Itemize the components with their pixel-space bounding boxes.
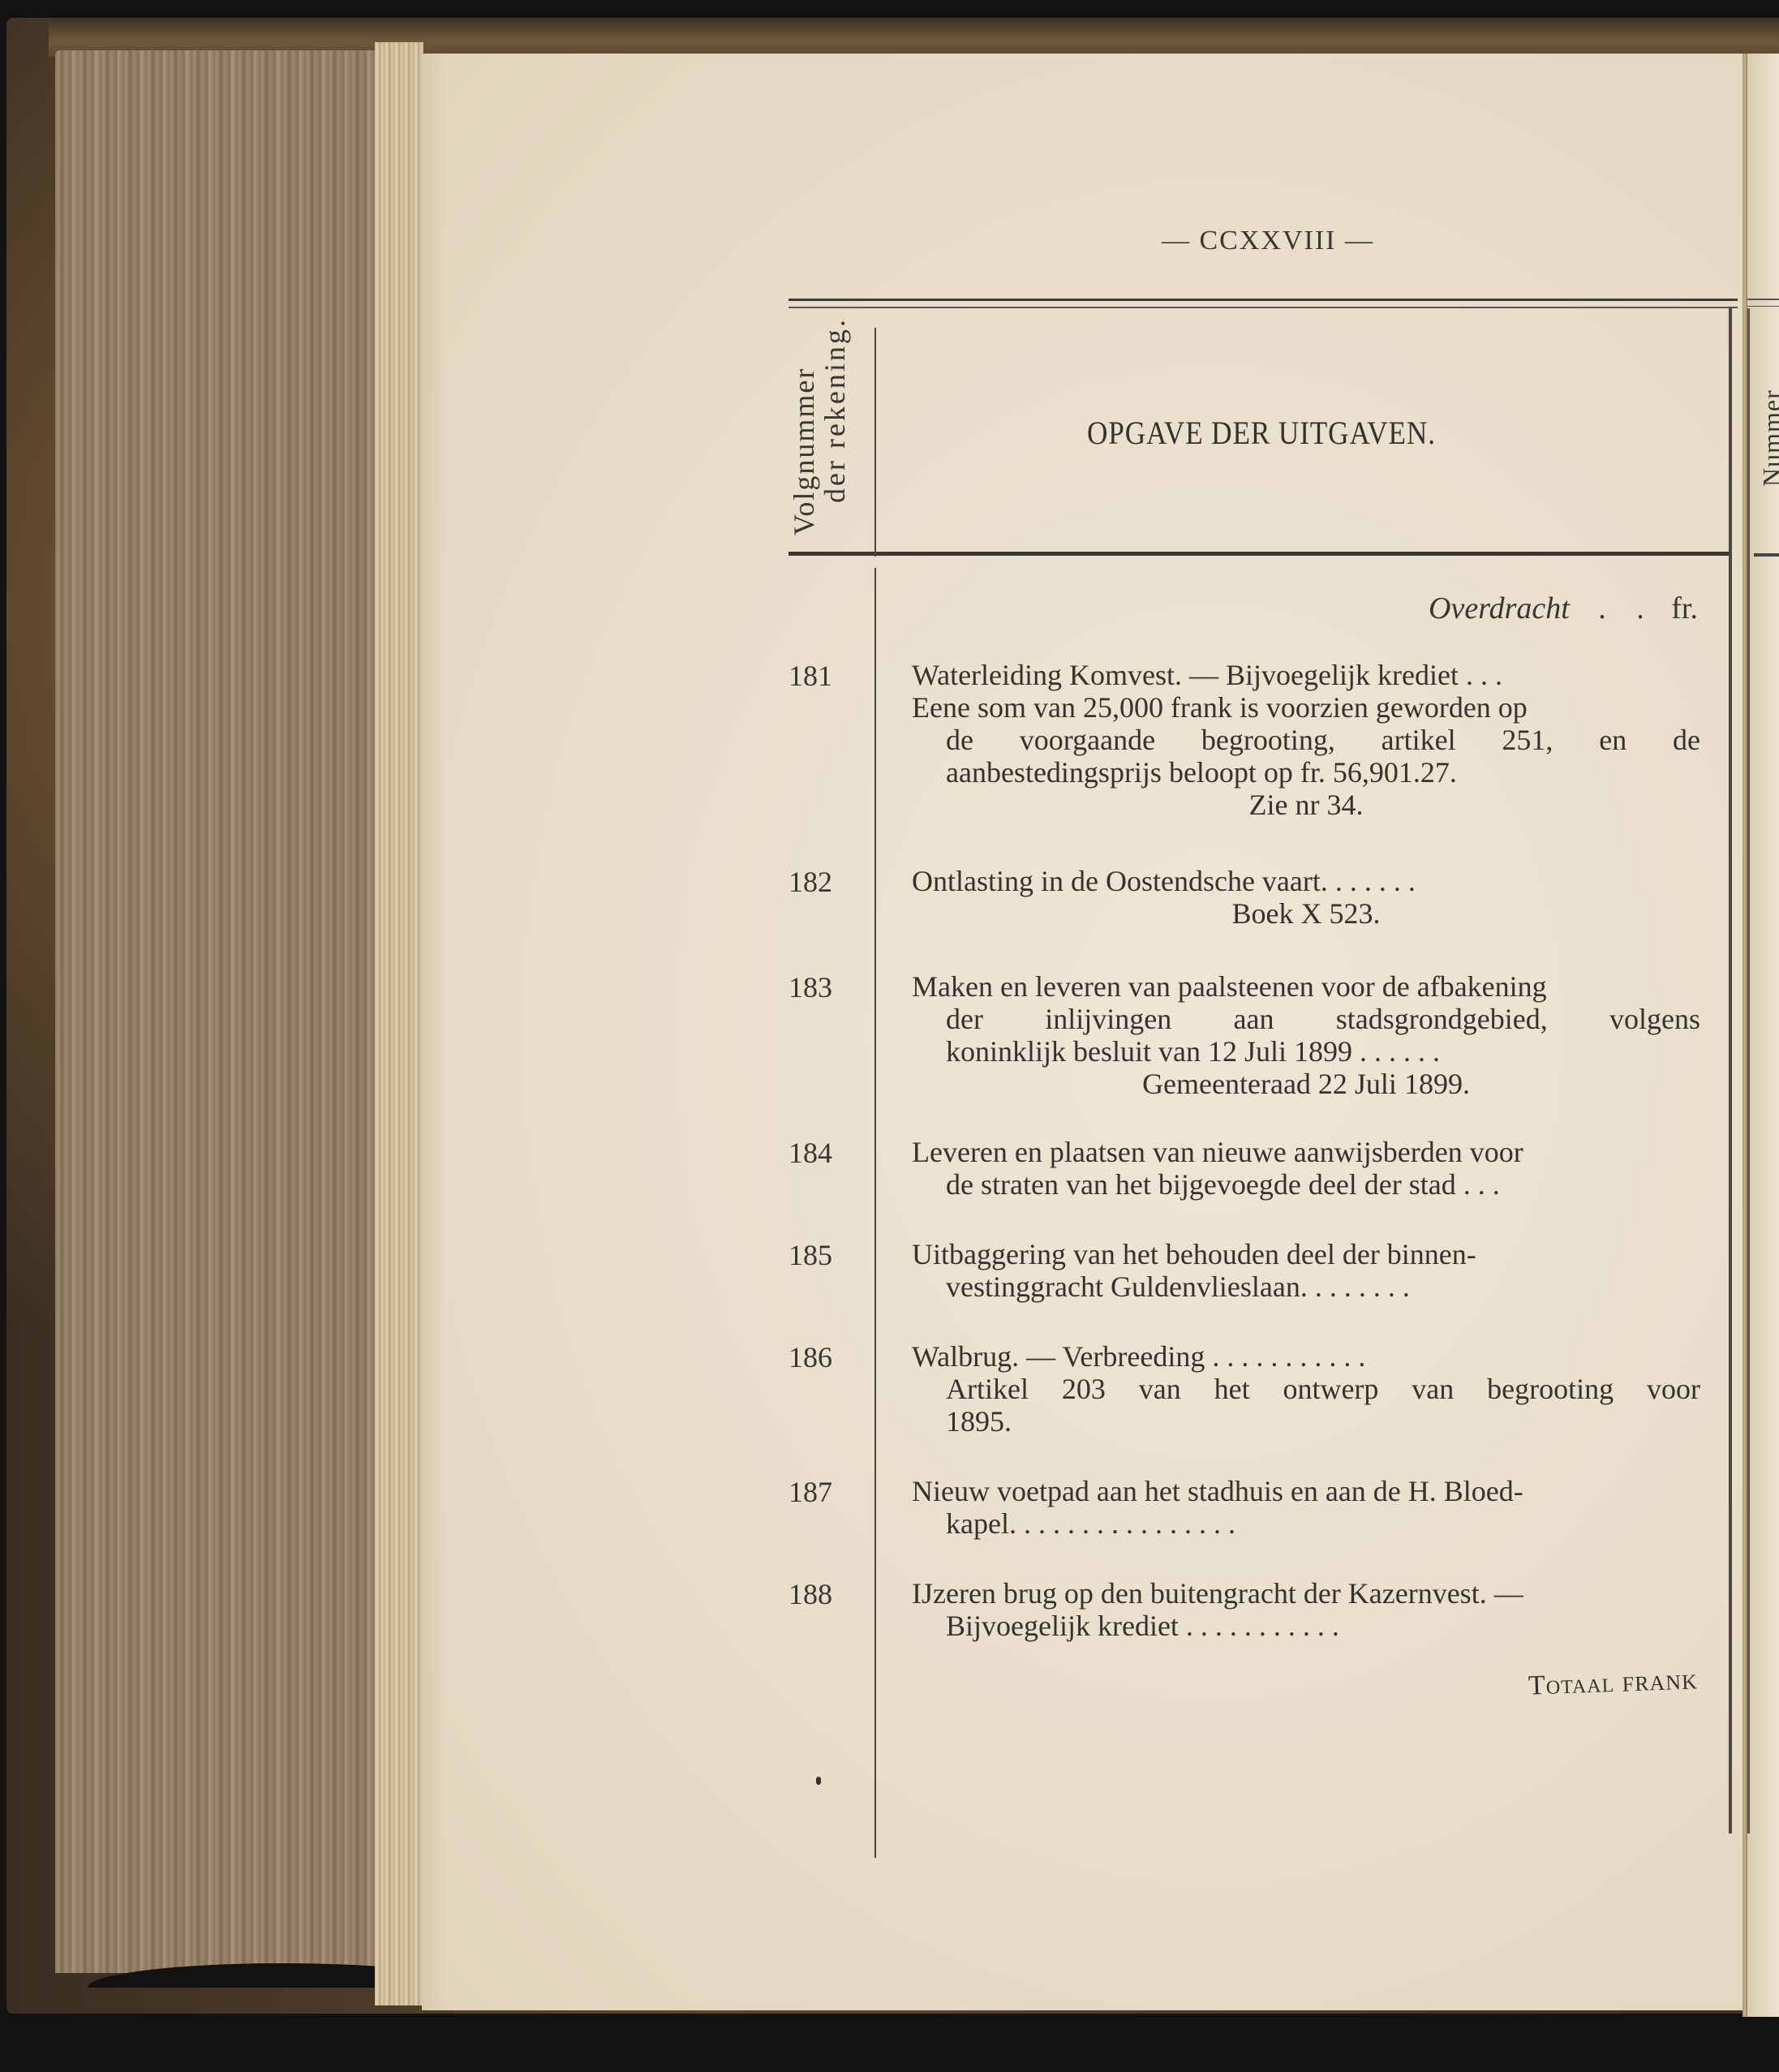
entry-note: Zie nr 34. [912, 789, 1700, 821]
entry-number: 185 [789, 1238, 853, 1272]
facing-page-header-fragment: Nummer [1757, 389, 1779, 487]
entry-line: Ontlasting in de Oostendsche vaart. . . … [912, 865, 1700, 897]
entry-number: 187 [789, 1475, 853, 1509]
entry-line: der inlijvingen aan stadsgrondgebied, vo… [912, 1003, 1700, 1035]
entry-row-183: Maken en leveren van paalsteenen voor de… [912, 970, 1700, 1100]
totaal-row: Totaal frank [1528, 1665, 1699, 1701]
entry-row-181: Waterleiding Komvest. — Bijvoegelijk kre… [912, 659, 1700, 821]
overdracht-row: Overdracht . . fr. [1429, 591, 1698, 626]
facing-page-sliver [1747, 54, 1779, 2017]
entry-row-185: Uitbaggering van het behouden deel der b… [912, 1238, 1700, 1303]
table-right-rule-outer [1747, 308, 1750, 1833]
header-column-divider [874, 328, 876, 557]
entry-line: koninklijk besluit van 12 Juli 1899 . . … [912, 1035, 1700, 1068]
column-header-opgave: OPGAVE DER UITGAVEN. [1087, 414, 1436, 452]
header-bottom-rule [789, 552, 1730, 556]
entry-number: 186 [789, 1340, 853, 1374]
entry-line: Leveren en plaatsen van nieuwe aanwijsbe… [912, 1136, 1700, 1168]
body-column-divider [874, 568, 876, 1858]
entry-line: Nieuw voetpad aan het stadhuis en aan de… [912, 1475, 1700, 1507]
entry-number: 182 [789, 865, 853, 899]
entry-note: Gemeenteraad 22 Juli 1899. [912, 1068, 1700, 1100]
entry-row-186: Walbrug. — Verbreeding . . . . . . . . .… [912, 1340, 1700, 1438]
entry-row-184: Leveren en plaatsen van nieuwe aanwijsbe… [912, 1136, 1700, 1201]
overdracht-label: Overdracht [1429, 591, 1570, 625]
entry-line: aanbestedingsprijs beloopt op fr. 56,901… [912, 756, 1700, 789]
totaal-unit: frank [1622, 1670, 1698, 1696]
entry-line: Maken en leveren van paalsteenen voor de… [912, 970, 1700, 1003]
ink-speck [816, 1777, 821, 1785]
entry-line: kapel. . . . . . . . . . . . . . . . [912, 1507, 1700, 1540]
entry-line: 1895. [912, 1405, 1700, 1438]
entry-line: IJzeren brug op den buitengracht der Kaz… [912, 1577, 1700, 1610]
entry-line: Eene som van 25,000 frank is voorzien ge… [912, 691, 1700, 724]
entry-line: Walbrug. — Verbreeding . . . . . . . . .… [912, 1340, 1700, 1373]
entry-line: Bijvoegelijk krediet . . . . . . . . . .… [912, 1610, 1700, 1642]
entry-row-187: Nieuw voetpad aan het stadhuis en aan de… [912, 1475, 1700, 1540]
entry-line: Waterleiding Komvest. — Bijvoegelijk kre… [912, 659, 1700, 691]
entry-number: 184 [789, 1136, 853, 1170]
column-header-volgnummer: Volgnummer der rekening. [789, 317, 850, 535]
entry-number: 181 [789, 659, 853, 693]
entry-line: Artikel 203 van het ontwerp van begrooti… [912, 1373, 1700, 1405]
entry-line: Uitbaggering van het behouden deel der b… [912, 1238, 1700, 1270]
table-right-rule [1729, 308, 1732, 1833]
table-top-rule [789, 299, 1738, 301]
entry-number: 183 [789, 970, 853, 1004]
overdracht-unit: fr. [1671, 591, 1698, 625]
totaal-label: Totaal [1528, 1668, 1615, 1701]
page-stack-edges [55, 50, 380, 1973]
entry-line: de voorgaande begrooting, artikel 251, e… [912, 724, 1700, 756]
column-header-line-1: Volgnummer [789, 317, 819, 535]
column-header-line-2: der rekening. [819, 317, 850, 535]
facing-page-rule [1747, 299, 1779, 300]
entry-line: vestinggracht Guldenvlieslaan. . . . . .… [912, 1270, 1700, 1303]
page-number: — CCXXVIII — [1162, 226, 1374, 256]
table-top-rule-thin [789, 307, 1738, 308]
facing-page-rule [1747, 306, 1779, 307]
entry-row-188: IJzeren brug op den buitengracht der Kaz… [912, 1577, 1700, 1642]
page-edges-light [375, 42, 423, 2005]
entry-row-182: Ontlasting in de Oostendsche vaart. . . … [912, 865, 1700, 930]
entry-line: de straten van het bijgevoegde deel der … [912, 1168, 1700, 1201]
facing-page-rule [1754, 553, 1779, 557]
entry-note: Boek X 523. [912, 897, 1700, 930]
overdracht-leader: . . [1598, 591, 1656, 625]
entry-number: 188 [789, 1577, 853, 1611]
